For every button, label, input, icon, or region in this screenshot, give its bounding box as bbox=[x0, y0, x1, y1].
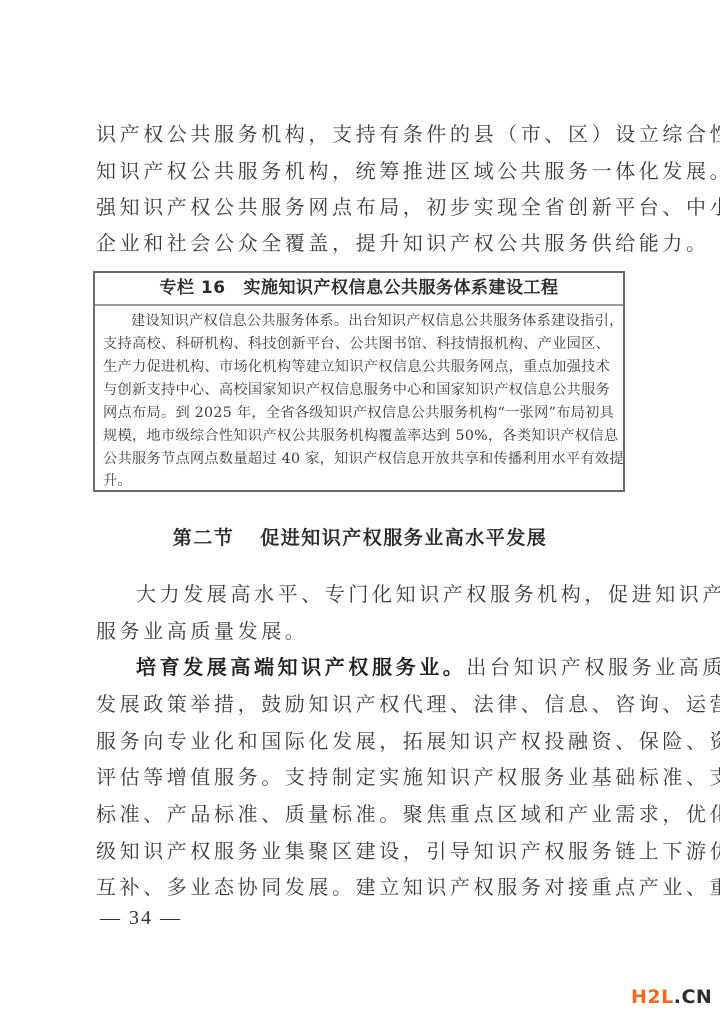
box-text-line: 生产力促进机构、市场化机构等建立知识产权信息公共服务网点，重点加强技术 bbox=[103, 356, 617, 379]
bold-lead-text: 培育发展高端知识产权服务业。 bbox=[136, 655, 466, 679]
box-text-line: 公共服务节点网点数量超过 40 家，知识产权信息开放共享和传播利用水平有效提 bbox=[103, 448, 617, 471]
column-title: 实施知识产权信息公共服务体系建设工程 bbox=[244, 278, 559, 298]
watermark-part-a: H2L bbox=[631, 986, 674, 1008]
box-text-line: 支持高校、科研机构、科技创新平台、公共图书馆、科技情报机构、产业园区、 bbox=[103, 333, 617, 356]
text-line: 发展政策举措，鼓励知识产权代理、法律、信息、咨询、运营等 bbox=[96, 690, 626, 718]
text-line: 强知识产权公共服务网点布局，初步实现全省创新平台、中小微 bbox=[96, 193, 626, 221]
watermark-part-b: .CN bbox=[674, 986, 713, 1008]
text-line: 标准、产品标准、质量标准。聚焦重点区域和产业需求，优化升 bbox=[96, 800, 626, 828]
section-title: 促进知识产权服务业高水平发展 bbox=[260, 527, 547, 549]
text-line: 企业和社会公众全覆盖，提升知识产权公共服务供给能力。 bbox=[96, 229, 626, 257]
page-number: — 34 — bbox=[100, 905, 182, 931]
column-box: 专栏 16实施知识产权信息公共服务体系建设工程 建设知识产权信息公共服务体系。出… bbox=[93, 271, 625, 492]
column-box-header: 专栏 16实施知识产权信息公共服务体系建设工程 bbox=[95, 273, 623, 306]
watermark-logo: H2L.CN bbox=[631, 985, 712, 1009]
text-line: 评估等增值服务。支持制定实施知识产权服务业基础标准、支撑 bbox=[96, 763, 626, 791]
box-text-line: 升。 bbox=[103, 470, 617, 493]
text-line: 服务业高质量发展。 bbox=[96, 617, 626, 645]
box-text-line: 网点布局。到 2025 年，全省各级知识产权信息公共服务机构“一张网”布局初具 bbox=[103, 402, 617, 425]
section-number: 第二节 bbox=[173, 527, 235, 549]
box-text-line: 建设知识产权信息公共服务体系。出台知识产权信息公共服务体系建设指引， bbox=[131, 310, 617, 333]
lead-line-rest: 出台知识产权服务业高质量 bbox=[466, 655, 720, 679]
section-heading: 第二节促进知识产权服务业高水平发展 bbox=[0, 524, 720, 552]
box-text-line: 与创新支持中心、高校国家知识产权信息服务中心和国家知识产权信息公共服务 bbox=[103, 379, 617, 402]
text-line: 大力发展高水平、专门化知识产权服务机构，促进知识产权 bbox=[136, 580, 626, 608]
box-text-line: 规模，地市级综合性知识产权公共服务机构覆盖率达到 50%，各类知识产权信息 bbox=[103, 425, 617, 448]
text-line: 服务向专业化和国际化发展，拓展知识产权投融资、保险、资产 bbox=[96, 727, 626, 755]
text-line: 知识产权公共服务机构，统筹推进区域公共服务一体化发展。加 bbox=[96, 157, 626, 185]
text-line: 级知识产权服务业集聚区建设，引导知识产权服务链上下游优势 bbox=[96, 837, 626, 865]
text-line: 培育发展高端知识产权服务业。出台知识产权服务业高质量 bbox=[136, 653, 626, 681]
text-line: 识产权公共服务机构，支持有条件的县（市、区）设立综合性 bbox=[96, 120, 626, 148]
column-label: 专栏 16 bbox=[159, 278, 225, 298]
text-line: 互补、多业态协同发展。建立知识产权服务对接重点产业、重大 bbox=[96, 873, 626, 901]
